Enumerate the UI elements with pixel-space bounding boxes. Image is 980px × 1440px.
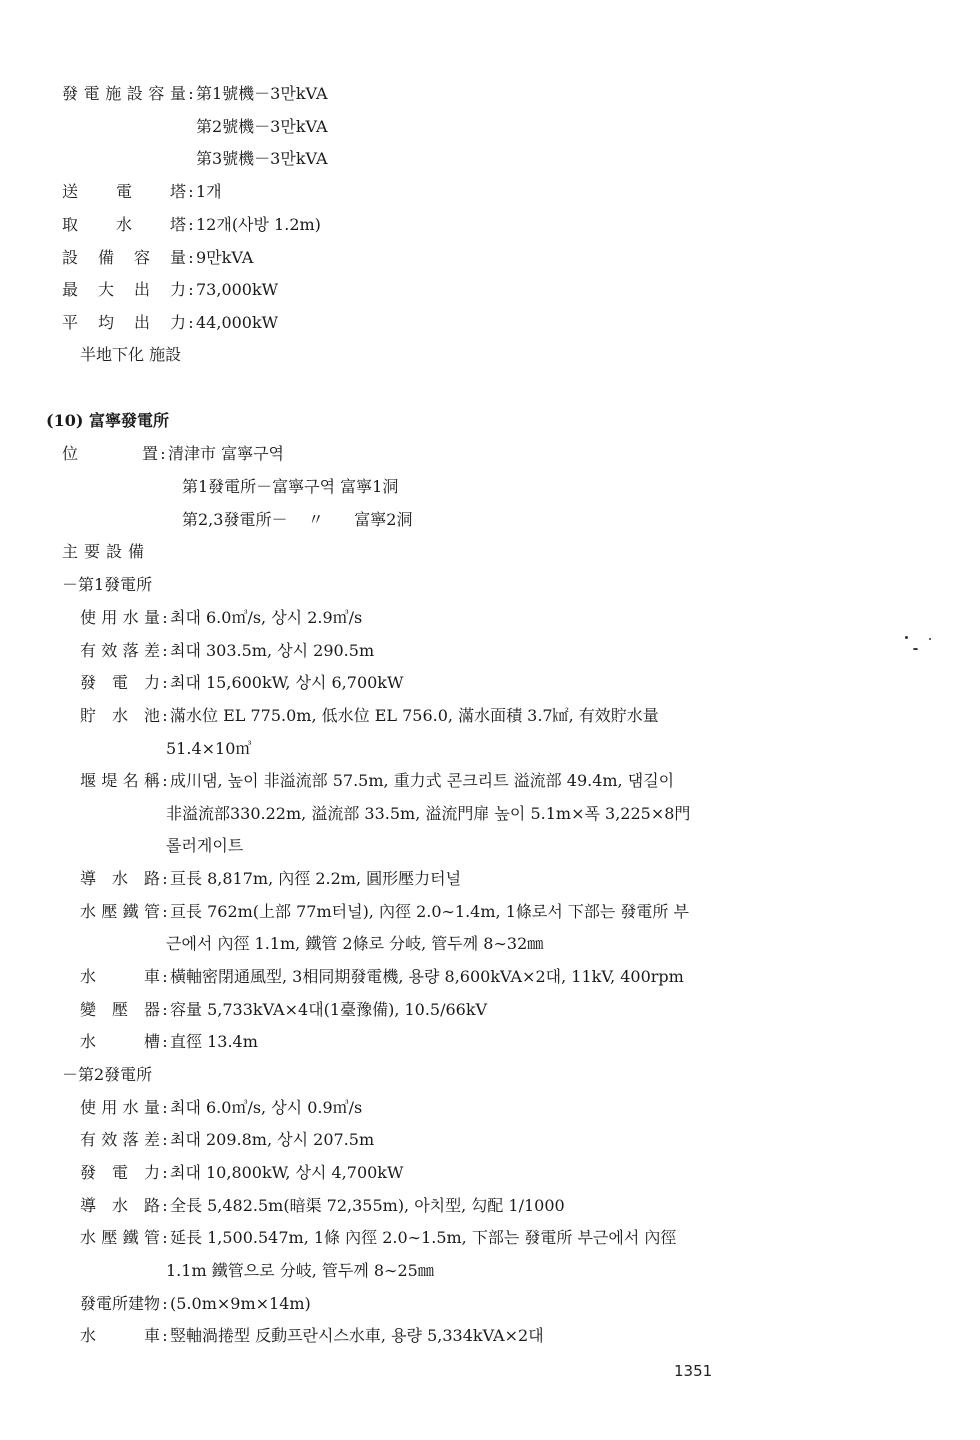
spec-row: 取水塔:12개(사방 1.2m)	[62, 215, 321, 235]
plant1-heading: －第1發電所	[62, 575, 152, 595]
continuation-line: 1.1m 鐵管으로 分岐, 管두께 8∼25㎜	[166, 1261, 434, 1281]
spec-row: 平均出力:44,000kW	[62, 313, 278, 333]
spec-row: 變壓器:容量 5,733kVA×4대(1臺豫備), 10.5/66kV	[80, 1000, 487, 1020]
location-line: 第1發電所－富寧구역 富寧1洞	[182, 477, 398, 497]
spec-row: 堰堤名稱:成川댐, 높이 非溢流部 57.5m, 重力式 콘크리트 溢流部 49…	[80, 771, 674, 791]
continuation-line: 51.4×10㎥	[166, 739, 251, 759]
spec-row: 發電力:최대 15,600kW, 상시 6,700kW	[80, 673, 403, 693]
spec-row: 有效落差:최대 209.8m, 상시 207.5m	[80, 1130, 374, 1150]
spec-row: 貯水池:滿水位 EL 775.0m, 低水位 EL 756.0, 滿水面積 3.…	[80, 706, 659, 726]
page-number: 1351	[674, 1362, 712, 1380]
spec-row: 使用水量:최대 6.0㎥/s, 상시 2.9㎥/s	[80, 608, 362, 628]
location-row: 位置:清津市 富寧구역	[62, 444, 284, 464]
spec-row: 最大出力:73,000kW	[62, 280, 278, 300]
plant2-heading: －第2發電所	[62, 1065, 152, 1085]
spec-row: 發電所建物:(5.0m×9m×14m)	[80, 1294, 311, 1314]
document-page: 發電施設容量:第1號機－3만kVA 第2號機－3만kVA 第3號機－3만kVA …	[0, 0, 980, 1440]
scan-speck	[905, 636, 908, 639]
spec-row: 發電力:최대 10,800kW, 상시 4,700kW	[80, 1163, 403, 1183]
continuation-line: 근에서 內徑 1.1m, 鐵管 2條로 分岐, 管두께 8∼32㎜	[166, 934, 543, 954]
section-heading: (10) 富寧發電所	[46, 411, 169, 431]
capacity-row: 發電施設容量:第1號機－3만kVA	[62, 84, 328, 104]
note-text: 半地下化 施設	[80, 345, 181, 365]
spec-row: 水槽:直徑 13.4m	[80, 1032, 258, 1052]
spec-row: 設備容量:9만kVA	[62, 248, 253, 268]
scan-speck	[913, 648, 918, 650]
spec-row: 導水路:亘長 8,817m, 內徑 2.2m, 圓形壓力터널	[80, 869, 461, 889]
capacity-value-3: 第3號機－3만kVA	[196, 149, 328, 169]
capacity-label: 發電施設容量	[62, 84, 186, 104]
spec-row: 有效落差:최대 303.5m, 상시 290.5m	[80, 641, 374, 661]
location-line: 第2,3發電所－ 〃 富寧2洞	[182, 510, 413, 530]
spec-row: 水車:竪軸渦捲型 反動프란시스水車, 용량 5,334kVA×2대	[80, 1326, 544, 1346]
spec-row: 導水路:全長 5,482.5m(暗渠 72,355m), 아치型, 勾配 1/1…	[80, 1196, 565, 1216]
capacity-value-1: 第1號機－3만kVA	[196, 84, 328, 103]
spec-row: 水壓鐵管:亘長 762m(上部 77m터널), 內徑 2.0∼1.4m, 1條로…	[80, 902, 689, 922]
continuation-line: 非溢流部330.22m, 溢流部 33.5m, 溢流門扉 높이 5.1m×폭 3…	[166, 804, 690, 824]
spec-row: 水壓鐵管:延長 1,500.547m, 1條 內徑 2.0∼1.5m, 下部는 …	[80, 1228, 676, 1248]
main-equipment-heading: 主要設備	[62, 542, 150, 562]
spec-row: 送電塔:1개	[62, 182, 222, 202]
continuation-line: 롤러게이트	[166, 836, 243, 856]
capacity-value-2: 第2號機－3만kVA	[196, 117, 328, 137]
scan-speck	[929, 638, 931, 640]
spec-row: 水車:橫軸密閉通風型, 3相同期發電機, 용량 8,600kVA×2대, 11k…	[80, 967, 684, 987]
spec-row: 使用水量:최대 6.0㎥/s, 상시 0.9㎥/s	[80, 1098, 362, 1118]
